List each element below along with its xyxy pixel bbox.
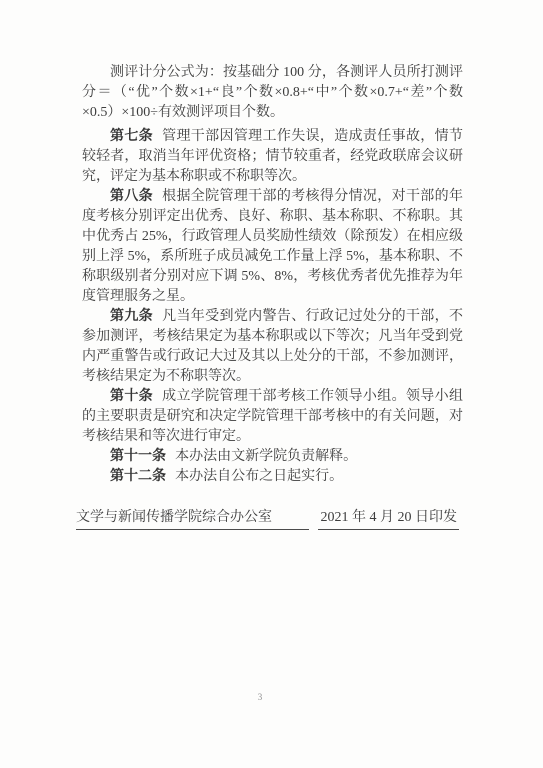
paragraph-article-11: 第十一条本办法由文新学院负责解释。 [82,447,463,467]
document-page: 测评计分公式为：按基础分 100 分，各测评人员所打测评分＝（“优”个数×1+“… [0,0,543,768]
paragraph-formula: 测评计分公式为：按基础分 100 分，各测评人员所打测评分＝（“优”个数×1+“… [82,63,463,123]
paragraph-text: 本办法由文新学院负责解释。 [175,449,357,464]
paragraph-article-7: 第七条管理干部因管理工作失误，造成责任事故，情节较轻者，取消当年评优资格；情节较… [82,127,463,187]
article-label: 第八条 [110,189,153,204]
article-label: 第七条 [110,129,153,144]
paragraph-text: 测评计分公式为：按基础分 100 分，各测评人员所打测评分＝（“优”个数×1+“… [82,65,463,120]
article-label: 第九条 [110,309,153,324]
footer-issue-date: 2021 年 4 月 20 日印发 [318,506,460,530]
paragraph-text: 根据全院管理干部的考核得分情况，对干部的年度考核分别评定出优秀、良好、称职、基本… [82,189,463,304]
footer-issuer: 文学与新闻传播学院综合办公室 [76,506,309,530]
paragraph-article-10: 第十条成立学院管理干部考核工作领导小组。领导小组的主要职责是研究和决定学院管理干… [82,387,463,447]
paragraph-article-9: 第九条凡当年受到党内警告、行政记过处分的干部，不参加测评，考核结果定为基本称职或… [82,307,463,387]
page-number: 3 [250,692,270,702]
article-label: 第十二条 [110,469,166,484]
paragraph-article-12: 第十二条本办法自公布之日起实行。 [82,467,463,487]
article-label: 第十条 [110,389,153,404]
document-body: 测评计分公式为：按基础分 100 分，各测评人员所打测评分＝（“优”个数×1+“… [82,63,463,487]
paragraph-text: 本办法自公布之日起实行。 [175,469,343,484]
paragraph-article-8: 第八条根据全院管理干部的考核得分情况，对干部的年度考核分别评定出优秀、良好、称职… [82,187,463,307]
issuance-footer: 文学与新闻传播学院综合办公室 2021 年 4 月 20 日印发 [76,506,459,530]
article-label: 第十一条 [110,449,166,464]
